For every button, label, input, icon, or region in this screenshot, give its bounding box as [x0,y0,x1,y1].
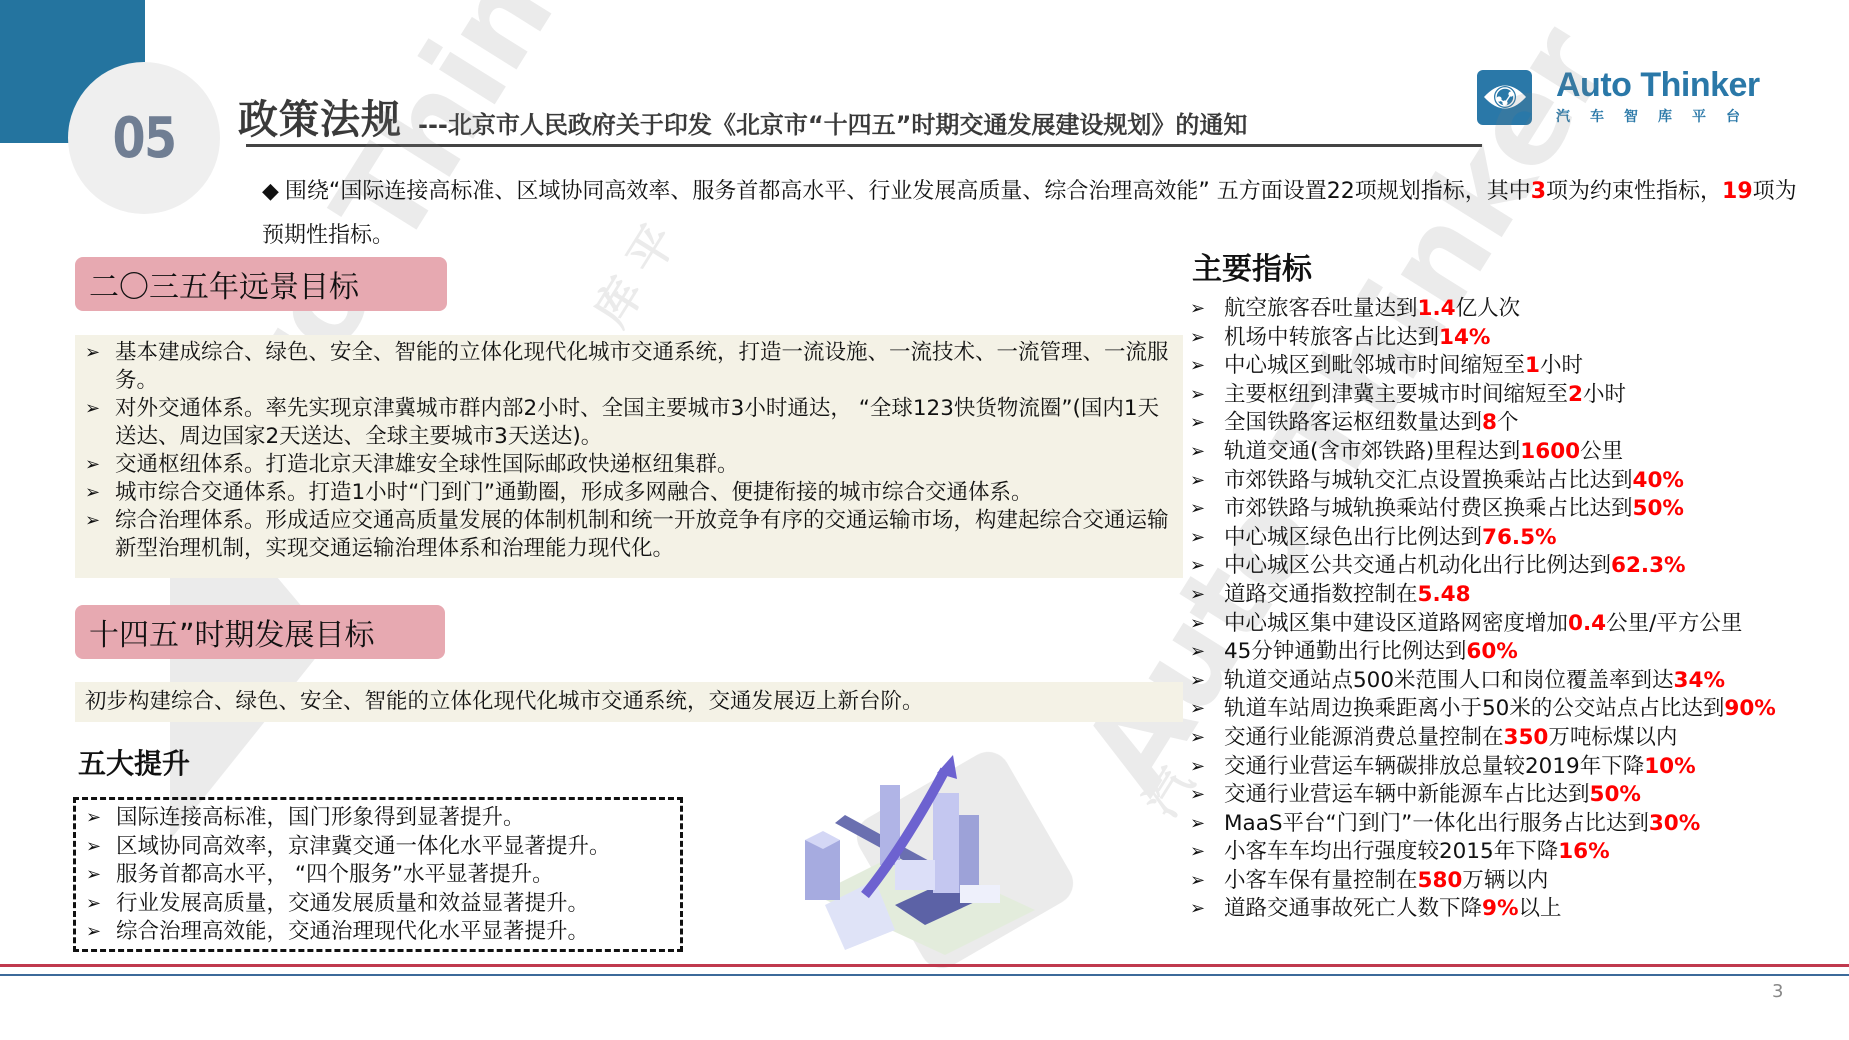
indicator-item: ➢交通行业能源消费总量控制在350万吨标煤以内 [1186,724,1846,753]
indicator-value: 50% [1590,782,1641,807]
goal-145-text: 初步构建综合、绿色、安全、智能的立体化现代化城市交通系统，交通发展迈上新台阶。 [75,682,1183,722]
indicator-label: MaaS平台“门到门”一体化出行服务占比达到 [1224,811,1649,836]
indicator-item: ➢小客车保有量控制在580万辆以内 [1186,867,1846,896]
footer-line-red [0,964,1849,967]
arrow-bullet-icon: ➢ [86,833,101,862]
arrow-bullet-icon: ➢ [86,804,101,833]
intro-paragraph: ◆围绕“国际连接高标准、区域协同高效率、服务首都高水平、行业发展高质量、综合治理… [262,170,1802,258]
indicator-item: ➢机场中转旅客占比达到14% [1186,324,1846,353]
indicator-unit: 小时 [1540,353,1583,378]
arrow-bullet-icon: ➢ [1190,638,1205,667]
vision-2035-header: 二〇三五年远景目标 [75,257,447,311]
constraint-count: 3 [1531,179,1546,204]
title-subtitle: ---北京市人民政府关于印发《北京市“十四五”时期交通发展建设规划》的通知 [418,105,1247,140]
indicator-unit: 公里/平方公里 [1606,611,1742,636]
eye-network-icon [1477,70,1532,125]
list-item: ➢综合治理高效能，交通治理现代化水平显著提升。 [76,918,680,947]
brand-logo: Auto Thinker 汽车智库平台 [1477,68,1760,126]
indicator-item: ➢中心城区到毗邻城市时间缩短至1小时 [1186,352,1846,381]
indicator-item: ➢轨道交通站点500米范围人口和岗位覆盖率到达34% [1186,667,1846,696]
indicator-unit: 小时 [1583,382,1626,407]
indicator-unit: 亿人次 [1456,296,1521,321]
indicator-value: 1600 [1520,439,1580,464]
arrow-bullet-icon: ➢ [85,479,100,507]
indicator-item: ➢中心城区集中建设区道路网密度增加0.4公里/平方公里 [1186,610,1846,639]
list-item: ➢城市综合交通体系。打造1小时“门到门”通勤圈，形成多网融合、便捷衔接的城市综合… [75,479,1183,507]
indicator-label: 全国铁路客运枢纽数量达到 [1224,410,1482,435]
arrow-bullet-icon: ➢ [1190,409,1205,438]
arrow-bullet-icon: ➢ [1190,667,1205,696]
five-upgrades-box: ➢国际连接高标准，国门形象得到显著提升。 ➢区域协同高效率，京津冀交通一体化水平… [73,797,683,952]
list-item: ➢服务首都高水平， “四个服务”水平显著提升。 [76,861,680,890]
indicator-label: 小客车保有量控制在 [1224,868,1418,893]
indicator-label: 交通行业营运车辆中新能源车占比达到 [1224,782,1590,807]
indicator-item: ➢中心城区绿色出行比例达到76.5% [1186,524,1846,553]
indicator-unit: 公里 [1580,439,1623,464]
indicator-label: 轨道交通站点500米范围人口和岗位覆盖率到达 [1224,668,1674,693]
indicator-label: 轨道交通(含市郊铁路)里程达到 [1224,439,1520,464]
indicator-item: ➢市郊铁路与城轨换乘站付费区换乘占比达到50% [1186,495,1846,524]
title-main: 政策法规 [238,88,402,145]
indicator-label: 市郊铁路与城轨交汇点设置换乘站占比达到 [1224,468,1633,493]
indicator-unit: 万辆以内 [1462,868,1548,893]
indicator-value: 34% [1674,668,1725,693]
vision-2035-box: ➢基本建成综合、绿色、安全、智能的立体化现代化城市交通系统，打造一流设施、一流技… [75,335,1183,578]
arrow-bullet-icon: ➢ [86,918,101,947]
indicators-list: ➢航空旅客吞吐量达到1.4亿人次➢机场中转旅客占比达到14%➢中心城区到毗邻城市… [1186,295,1846,924]
indicator-label: 轨道车站周边换乘距离小于50米的公交站点占比达到 [1224,696,1724,721]
indicator-value: 2 [1568,382,1583,407]
title-underline [246,144,1482,147]
indicator-value: 9% [1482,896,1519,921]
indicator-label: 45分钟通勤出行比例达到 [1224,639,1466,664]
indicator-item: ➢主要枢纽到津冀主要城市时间缩短至2小时 [1186,381,1846,410]
page-title: 政策法规 ---北京市人民政府关于印发《北京市“十四五”时期交通发展建设规划》的… [238,88,1247,145]
expected-count: 19 [1722,179,1753,204]
indicator-value: 8 [1482,410,1497,435]
indicator-label: 中心城区到毗邻城市时间缩短至 [1224,353,1525,378]
arrow-bullet-icon: ➢ [1190,810,1205,839]
indicator-label: 中心城区绿色出行比例达到 [1224,525,1482,550]
arrow-bullet-icon: ➢ [1190,352,1205,381]
arrow-bullet-icon: ➢ [1190,295,1205,324]
arrow-bullet-icon: ➢ [1190,753,1205,782]
indicator-value: 76.5% [1482,525,1557,550]
arrow-bullet-icon: ➢ [85,395,100,423]
arrow-bullet-icon: ➢ [85,507,100,535]
arrow-bullet-icon: ➢ [1190,781,1205,810]
indicator-unit: 以上 [1519,896,1562,921]
indicator-item: ➢全国铁路客运枢纽数量达到8个 [1186,409,1846,438]
indicator-value: 10% [1644,754,1695,779]
indicator-item: ➢交通行业营运车辆碳排放总量较2019年下降10% [1186,753,1846,782]
arrow-bullet-icon: ➢ [1190,324,1205,353]
arrow-bullet-icon: ➢ [1190,381,1205,410]
five-upgrades-title: 五大提升 [78,742,190,782]
indicator-label: 航空旅客吞吐量达到 [1224,296,1418,321]
indicators-title: 主要指标 [1192,244,1312,288]
list-item: ➢交通枢纽体系。打造北京天津雄安全球性国际邮政快递枢纽集群。 [75,451,1183,479]
indicator-label: 道路交通指数控制在 [1224,582,1418,607]
arrow-bullet-icon: ➢ [1190,581,1205,610]
indicator-label: 市郊铁路与城轨换乘站付费区换乘占比达到 [1224,496,1633,521]
indicator-value: 5.48 [1418,582,1471,607]
indicator-item: ➢市郊铁路与城轨交汇点设置换乘站占比达到40% [1186,467,1846,496]
arrow-bullet-icon: ➢ [1190,610,1205,639]
list-item: ➢基本建成综合、绿色、安全、智能的立体化现代化城市交通系统，打造一流设施、一流技… [75,339,1183,395]
indicator-value: 62.3% [1611,553,1686,578]
list-item: ➢对外交通体系。率先实现京津冀城市群内部2小时、全国主要城市3小时通达， “全球… [75,395,1183,451]
indicator-value: 1 [1525,353,1540,378]
arrow-bullet-icon: ➢ [1190,695,1205,724]
list-item: ➢行业发展高质量，交通发展质量和效益显著提升。 [76,890,680,919]
indicator-label: 小客车车均出行强度较2015年下降 [1224,839,1558,864]
arrow-bullet-icon: ➢ [1190,724,1205,753]
indicator-label: 交通行业营运车辆碳排放总量较2019年下降 [1224,754,1644,779]
indicator-item: ➢MaaS平台“门到门”一体化出行服务占比达到30% [1186,810,1846,839]
indicator-item: ➢轨道交通(含市郊铁路)里程达到1600公里 [1186,438,1846,467]
indicator-item: ➢航空旅客吞吐量达到1.4亿人次 [1186,295,1846,324]
diamond-bullet-icon: ◆ [262,179,279,204]
arrow-bullet-icon: ➢ [1190,524,1205,553]
indicator-value: 90% [1724,696,1775,721]
logo-name-cn: 汽车智库平台 [1556,106,1760,126]
indicator-item: ➢中心城区公共交通占机动化出行比例达到62.3% [1186,552,1846,581]
list-item: ➢区域协同高效率，京津冀交通一体化水平显著提升。 [76,833,680,862]
indicator-value: 14% [1439,325,1490,350]
indicator-label: 道路交通事故死亡人数下降 [1224,896,1482,921]
arrow-bullet-icon: ➢ [1190,895,1205,924]
indicator-value: 580 [1418,868,1463,893]
arrow-bullet-icon: ➢ [86,890,101,919]
indicator-unit: 个 [1497,410,1519,435]
list-item: ➢国际连接高标准，国门形象得到显著提升。 [76,804,680,833]
arrow-bullet-icon: ➢ [1190,438,1205,467]
indicator-item: ➢小客车车均出行强度较2015年下降16% [1186,838,1846,867]
list-item: ➢综合治理体系。形成适应交通高质量发展的体制机制和统一开放竞争有序的交通运输市场… [75,507,1183,563]
goal-145-header: 十四五”时期发展目标 [75,605,445,659]
indicator-value: 60% [1466,639,1517,664]
arrow-bullet-icon: ➢ [1190,552,1205,581]
arrow-bullet-icon: ➢ [85,451,100,479]
arrow-bullet-icon: ➢ [85,339,100,367]
indicator-item: ➢道路交通事故死亡人数下降9%以上 [1186,895,1846,924]
indicator-label: 中心城区集中建设区道路网密度增加 [1224,611,1568,636]
indicator-value: 16% [1558,839,1609,864]
arrow-bullet-icon: ➢ [1190,467,1205,496]
indicator-label: 中心城区公共交通占机动化出行比例达到 [1224,553,1611,578]
indicator-item: ➢45分钟通勤出行比例达到60% [1186,638,1846,667]
indicator-label: 主要枢纽到津冀主要城市时间缩短至 [1224,382,1568,407]
indicator-value: 0.4 [1568,611,1606,636]
arrow-bullet-icon: ➢ [1190,867,1205,896]
arrow-bullet-icon: ➢ [86,861,101,890]
indicator-value: 350 [1504,725,1549,750]
section-number: 05 [113,106,176,171]
footer-line-blue [0,974,1849,976]
arrow-bullet-icon: ➢ [1190,838,1205,867]
indicator-value: 50% [1633,496,1684,521]
arrow-bullet-icon: ➢ [1190,495,1205,524]
indicator-item: ➢道路交通指数控制在5.48 [1186,581,1846,610]
indicator-item: ➢交通行业营运车辆中新能源车占比达到50% [1186,781,1846,810]
indicator-item: ➢轨道车站周边换乘距离小于50米的公交站点占比达到90% [1186,695,1846,724]
page-number: 3 [1772,981,1783,1002]
logo-name-en: Auto Thinker [1556,68,1760,102]
city-growth-illustration [785,755,1045,955]
indicator-label: 机场中转旅客占比达到 [1224,325,1439,350]
indicator-value: 40% [1633,468,1684,493]
indicator-value: 1.4 [1418,296,1456,321]
indicator-value: 30% [1649,811,1700,836]
indicator-unit: 万吨标煤以内 [1548,725,1677,750]
section-number-badge: 05 [68,62,220,214]
indicator-label: 交通行业能源消费总量控制在 [1224,725,1504,750]
